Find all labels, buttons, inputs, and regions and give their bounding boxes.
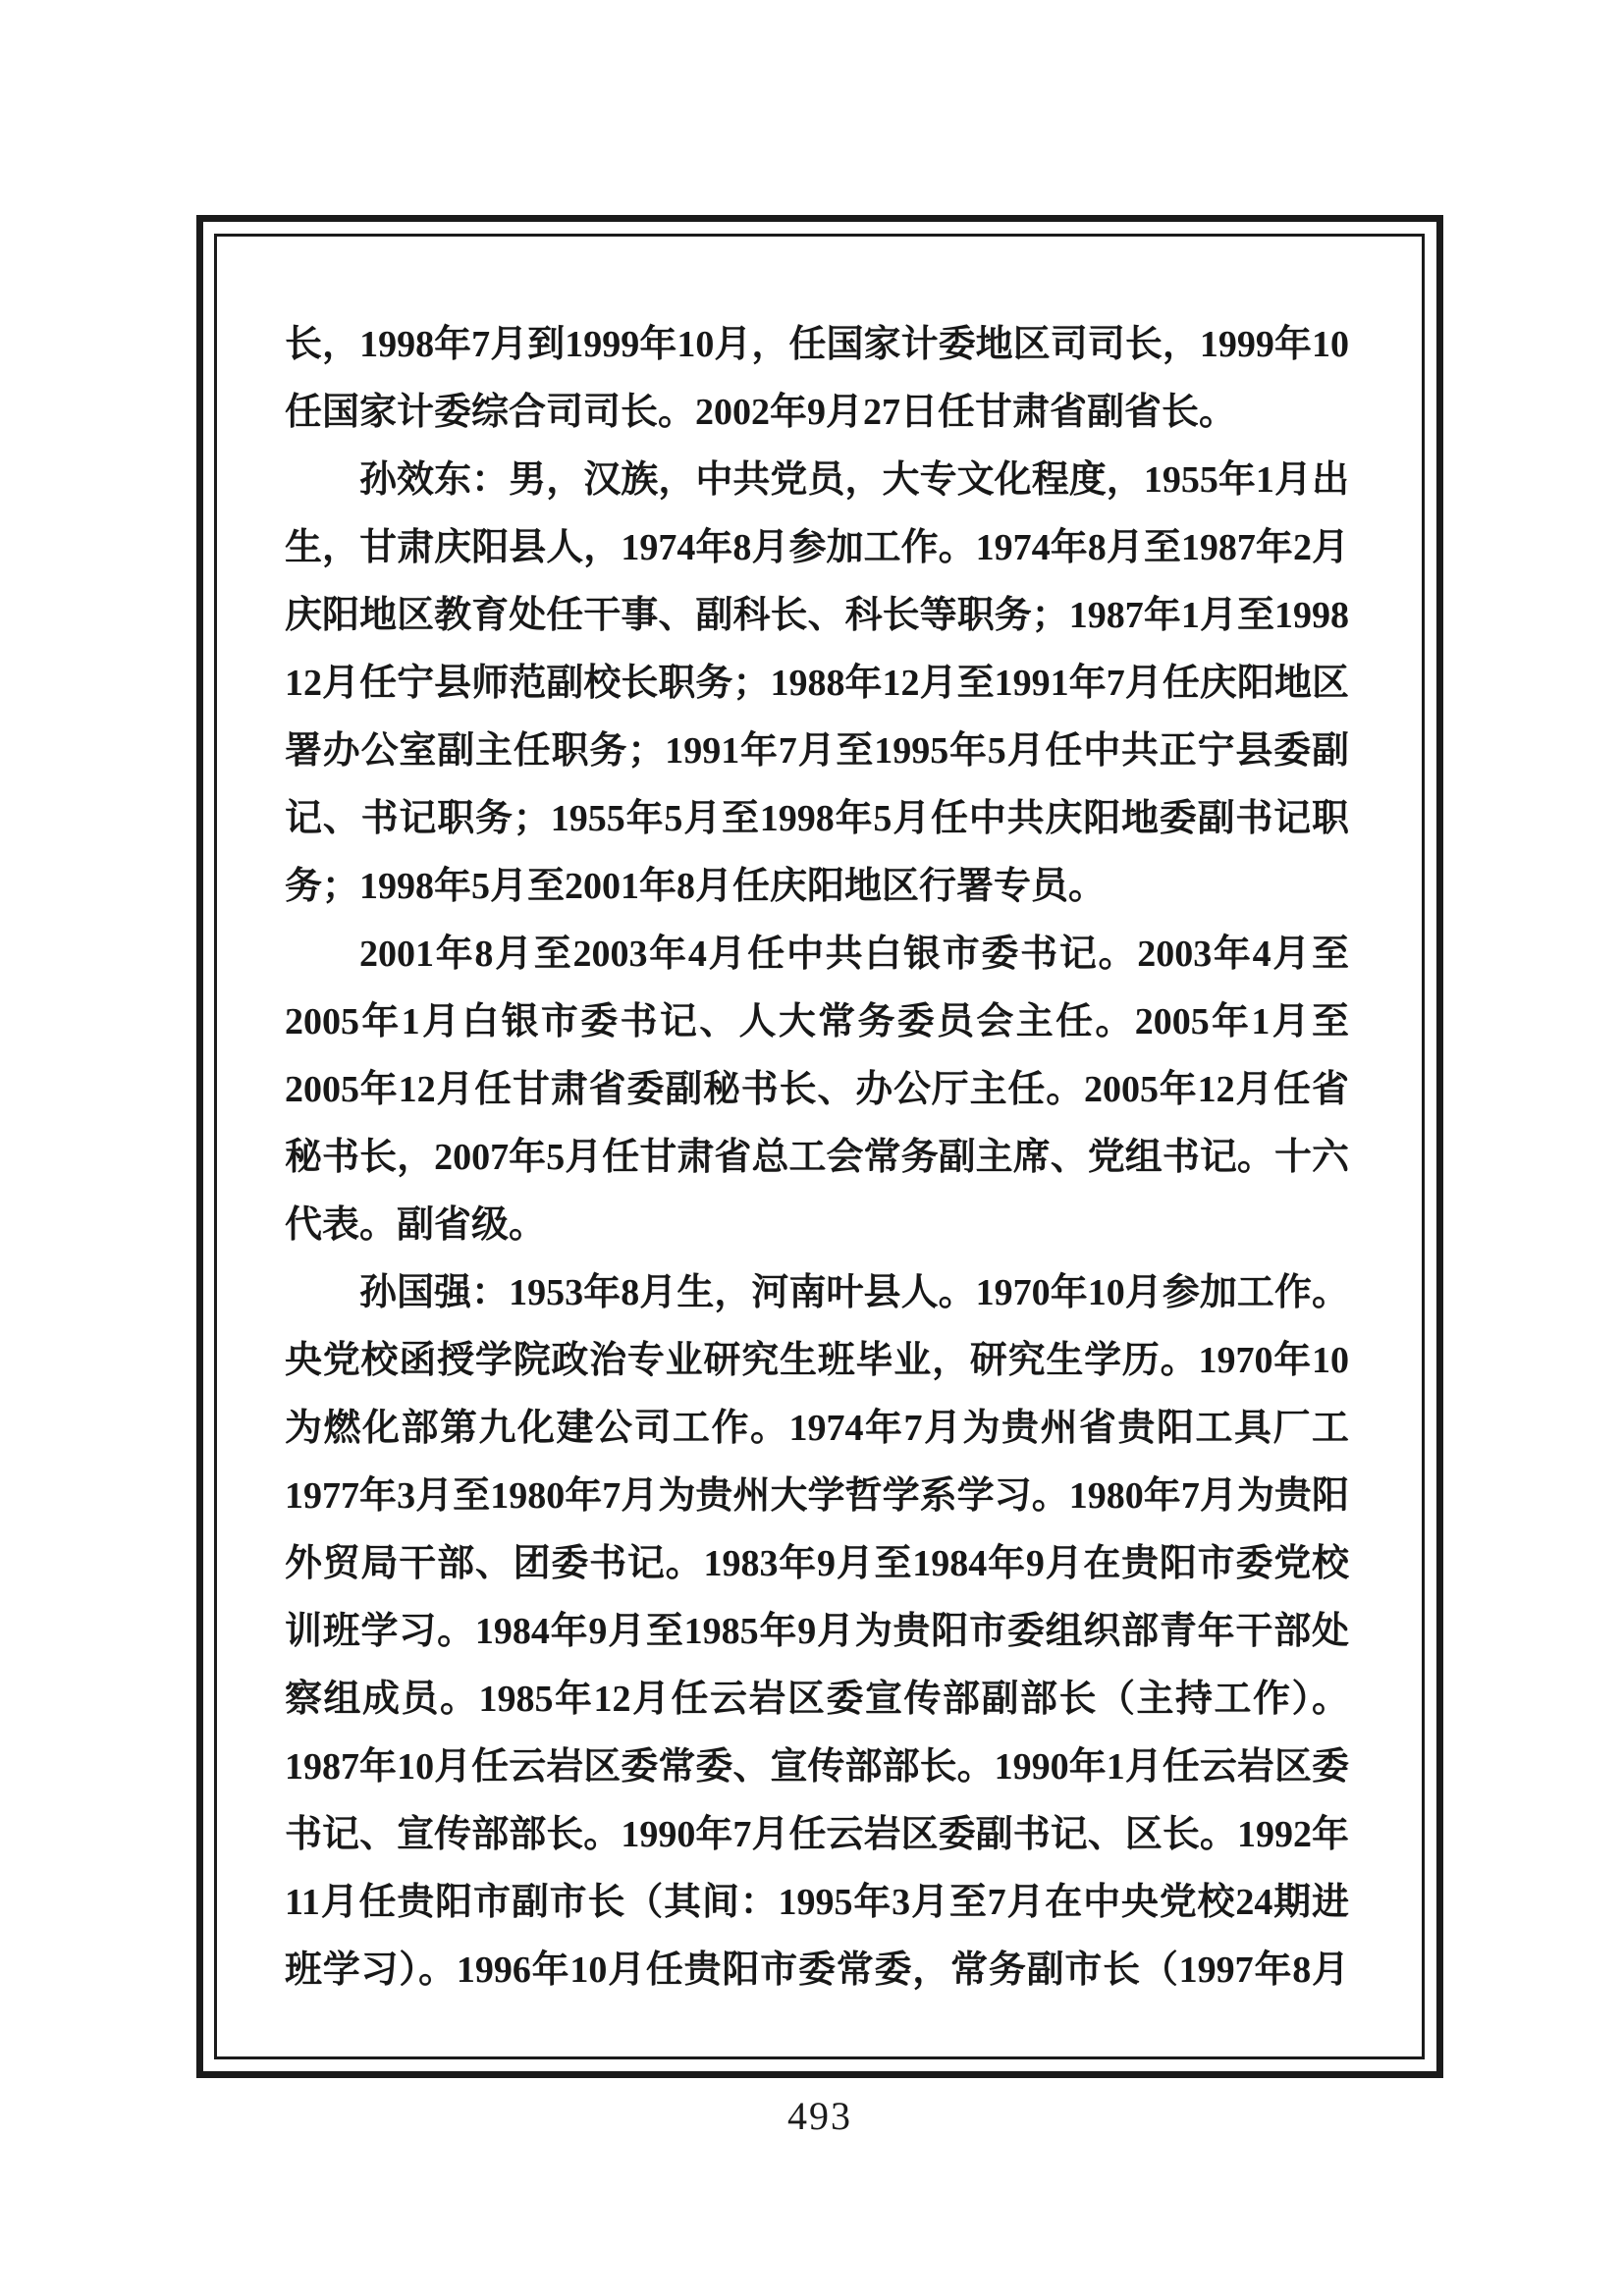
text-line: 央党校函授学院政治专业研究生班毕业，研究生学历。1970年10月 xyxy=(285,1327,1349,1395)
text-line: 察组成员。1985年12月任云岩区委宣传部副部长（主持工作）。 xyxy=(285,1666,1349,1734)
text-line: 11月任贵阳市副市长（其间：1995年3月至7月在中央党校24期进修 xyxy=(285,1869,1349,1937)
text-line: 1977年3月至1980年7月为贵州大学哲学系学习。1980年7月为贵阳市 xyxy=(285,1463,1349,1530)
text-line: 为燃化部第九化建公司工作。1974年7月为贵州省贵阳工具厂工人。 xyxy=(285,1395,1349,1463)
text-line: 孙效东：男，汉族，中共党员，大专文化程度，1955年1月出 xyxy=(285,447,1349,514)
text-line: 班学习）。1996年10月任贵阳市委常委，常务副市长（1997年8月主 xyxy=(285,1937,1349,2004)
paragraph: 长，1998年7月到1999年10月，任国家计委地区司司长，1999年10月任国… xyxy=(285,311,1349,447)
text-line: 生，甘肃庆阳县人，1974年8月参加工作。1974年8月至1987年2月在 xyxy=(285,514,1349,582)
text-line: 孙国强：1953年8月生，河南叶县人。1970年10月参加工作。中 xyxy=(285,1259,1349,1327)
text-line: 务；1998年5月至2001年8月任庆阳地区行署专员。 xyxy=(285,853,1349,921)
text-line: 外贸局干部、团委书记。1983年9月至1984年9月在贵阳市委党校培 xyxy=(285,1530,1349,1598)
text-line: 任国家计委综合司司长。2002年9月27日任甘肃省副省长。 xyxy=(285,379,1349,447)
text-line: 记、书记职务；1955年5月至1998年5月任中共庆阳地委副书记职 xyxy=(285,785,1349,853)
book-page: 长，1998年7月到1999年10月，任国家计委地区司司长，1999年10月任国… xyxy=(0,0,1623,2296)
text-line: 代表。副省级。 xyxy=(285,1192,1349,1259)
text-line: 2005年1月白银市委书记、人大常务委员会主任。2005年1月至 xyxy=(285,988,1349,1056)
text-line: 12月任宁县师范副校长职务；1988年12月至1991年7月任庆阳地区行 xyxy=(285,650,1349,718)
text-line: 书记、宣传部部长。1990年7月任云岩区委副书记、区长。1992年 xyxy=(285,1801,1349,1869)
text-line: 署办公室副主任职务；1991年7月至1995年5月任中共正宁县委副书 xyxy=(285,718,1349,785)
inner-border-frame: 长，1998年7月到1999年10月，任国家计委地区司司长，1999年10月任国… xyxy=(214,234,1425,2059)
paragraph: 孙效东：男，汉族，中共党员，大专文化程度，1955年1月出生，甘肃庆阳县人，19… xyxy=(285,447,1349,921)
paragraph: 孙国强：1953年8月生，河南叶县人。1970年10月参加工作。中央党校函授学院… xyxy=(285,1259,1349,2004)
text-line: 2001年8月至2003年4月任中共白银市委书记。2003年4月至 xyxy=(285,921,1349,988)
outer-border-frame: 长，1998年7月到1999年10月，任国家计委地区司司长，1999年10月任国… xyxy=(196,215,1443,2078)
text-line: 庆阳地区教育处任干事、副科长、科长等职务；1987年1月至1998年 xyxy=(285,582,1349,650)
paragraph: 2001年8月至2003年4月任中共白银市委书记。2003年4月至2005年1月… xyxy=(285,921,1349,1259)
text-line: 训班学习。1984年9月至1985年9月为贵阳市委组织部青年干部处考 xyxy=(285,1598,1349,1666)
body-text: 长，1998年7月到1999年10月，任国家计委地区司司长，1999年10月任国… xyxy=(285,311,1349,2004)
page-number: 493 xyxy=(196,2093,1443,2139)
text-line: 1987年10月任云岩区委常委、宣传部部长。1990年1月任云岩区委副 xyxy=(285,1734,1349,1801)
text-line: 秘书长，2007年5月任甘肃省总工会常务副主席、党组书记。十六大 xyxy=(285,1124,1349,1192)
text-line: 2005年12月任甘肃省委副秘书长、办公厅主任。2005年12月任省委 xyxy=(285,1056,1349,1124)
text-line: 长，1998年7月到1999年10月，任国家计委地区司司长，1999年10月 xyxy=(285,311,1349,379)
